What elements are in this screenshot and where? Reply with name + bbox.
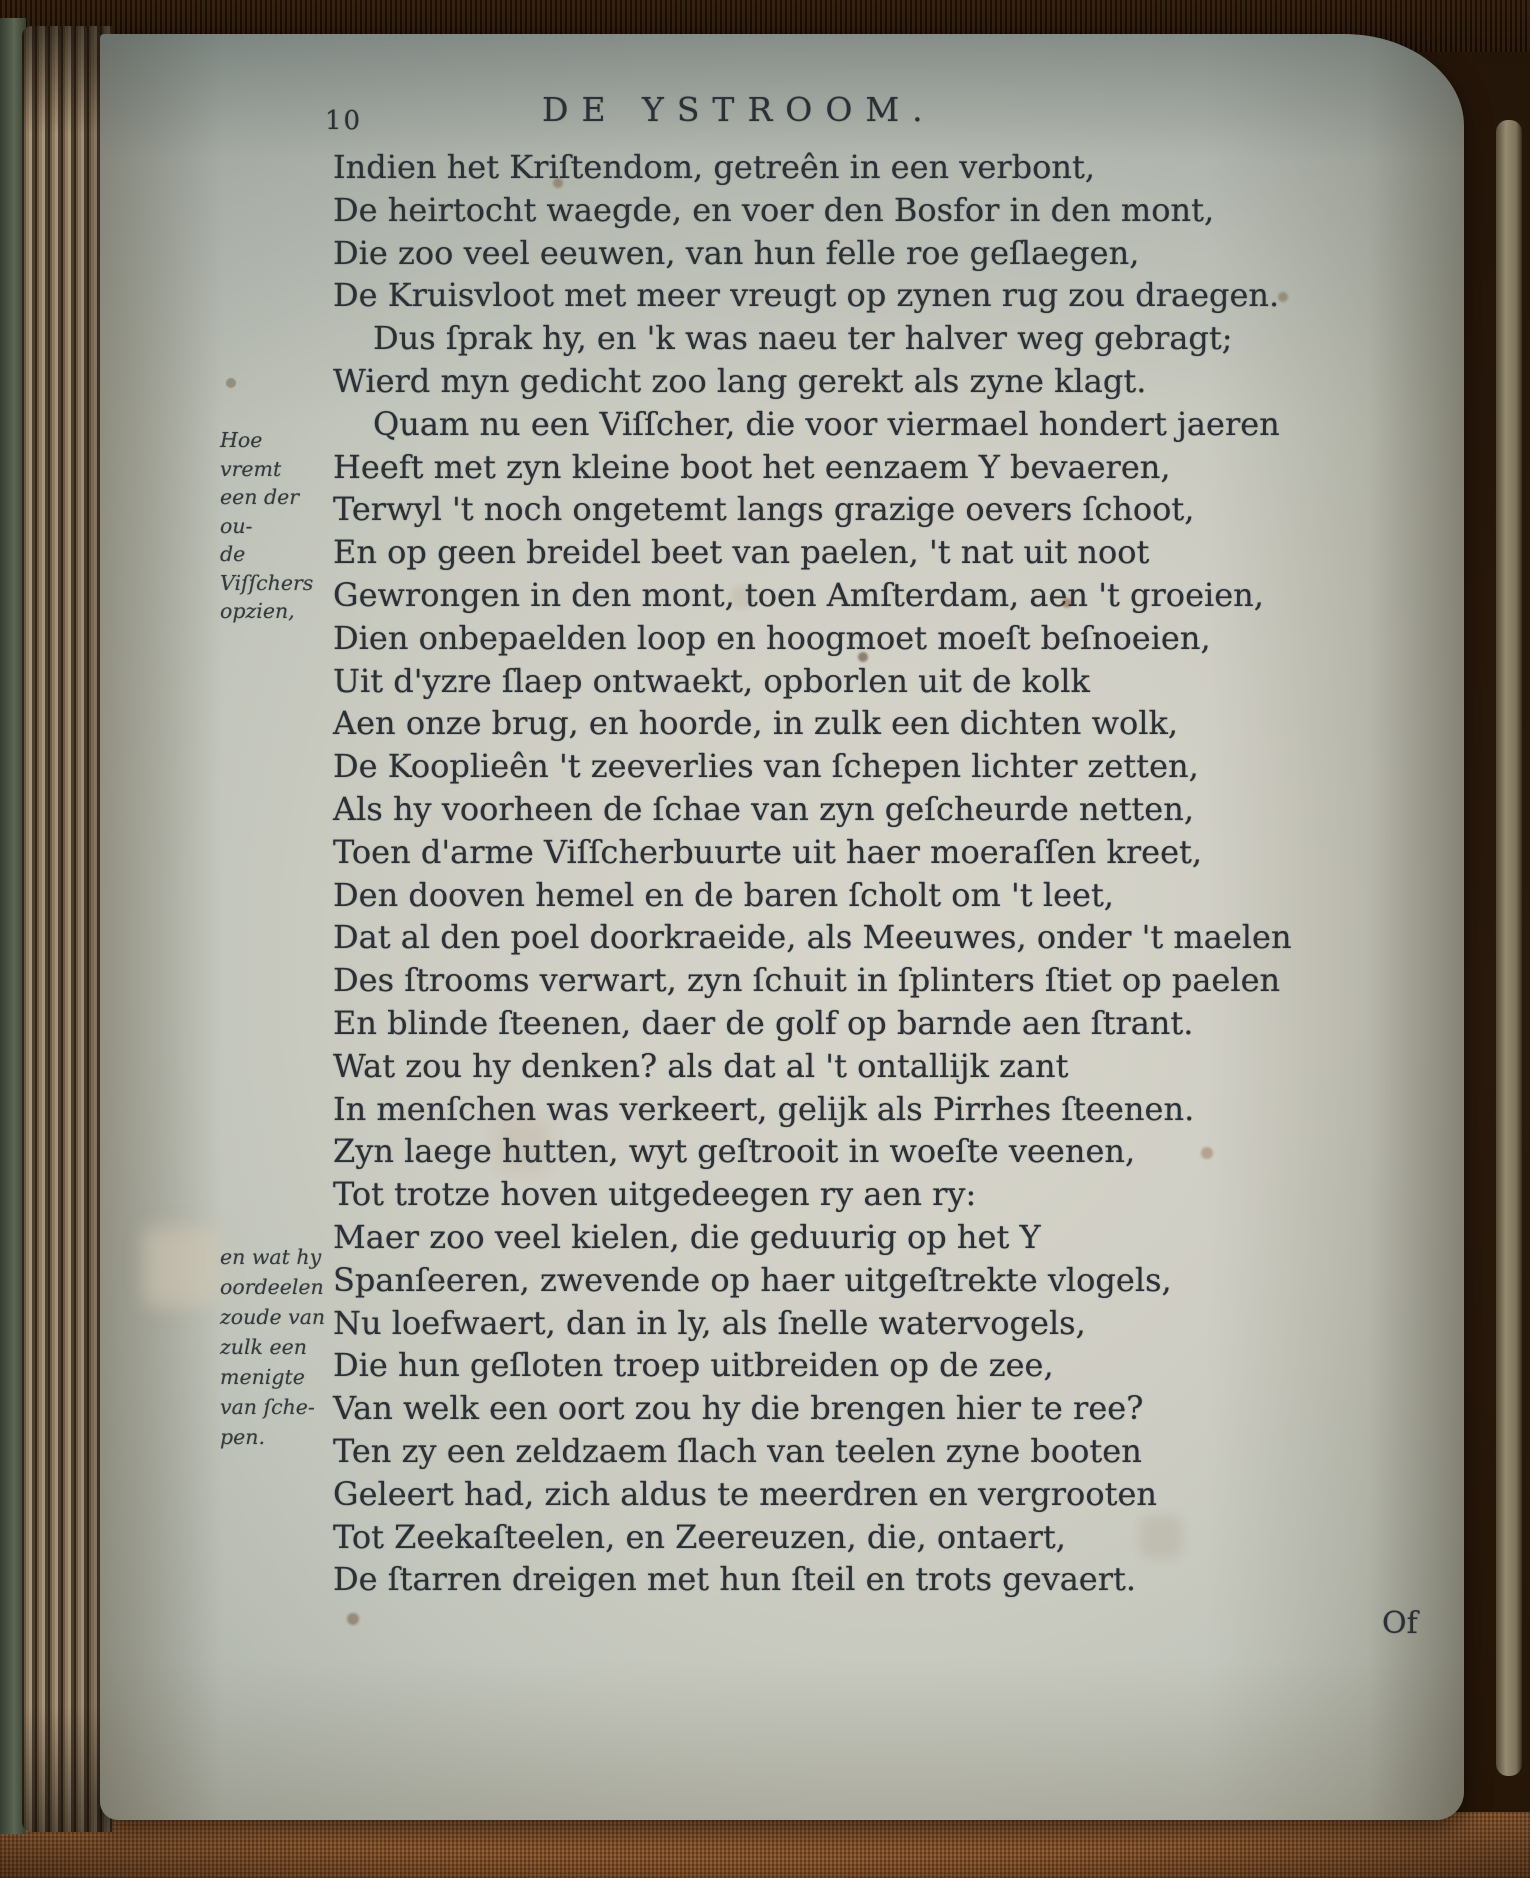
poem-line: En blinde ſteenen, daer de golf op barnd…: [333, 1002, 1273, 1045]
poem-line: Zyn laege hutten, wyt geſtrooit in woeſt…: [333, 1130, 1273, 1173]
catchword: Of: [1382, 1606, 1418, 1641]
poem-line: Gewrongen in den mont, toen Amſterdam, a…: [333, 574, 1273, 617]
poem-line: En op geen breidel beet van paelen, 't n…: [333, 531, 1273, 574]
poem-line: Dat al den poel doorkraeide, als Meeuwes…: [333, 916, 1273, 959]
margin-note-1: Hoe vremt een der ou- de Viſſchers opzie…: [220, 426, 330, 626]
poem-line: Quam nu een Viſſcher, die voor viermael …: [333, 403, 1273, 446]
page-number: 10: [325, 106, 362, 136]
book-photo-scene: 10 DE YSTROOM. Hoe vremt een der ou- de …: [0, 0, 1530, 1878]
poem-line: Uit d'yzre ſlaep ontwaekt, opborlen uit …: [333, 660, 1273, 703]
poem-line: Tot trotze hoven uitgedeegen ry aen ry:: [333, 1173, 1273, 1216]
margin-note-line: oordeelen: [220, 1272, 330, 1302]
poem-line: Van welk een oort zou hy die brengen hie…: [333, 1387, 1273, 1430]
poem-line: Indien het Kriſtendom, getreên in een ve…: [333, 146, 1273, 189]
table-cloth-bottom: [0, 1812, 1530, 1878]
poem-line: De Kooplieên 't zeeverlies van ſchepen l…: [333, 745, 1273, 788]
margin-note-line: de Viſſchers: [220, 540, 330, 597]
margin-note-line: en wat hy: [220, 1242, 330, 1272]
margin-note-2: en wat hy oordeelen zoude van zulk een m…: [220, 1242, 330, 1452]
poem-line: Aen onze brug, en hoorde, in zulk een di…: [333, 702, 1273, 745]
poem-line: Als hy voorheen de ſchae van zyn geſcheu…: [333, 788, 1273, 831]
poem-line: Die zoo veel eeuwen, van hun felle roe g…: [333, 232, 1273, 275]
poem-line: Terwyl 't noch ongetemt langs grazige oe…: [333, 488, 1273, 531]
poem-line: Ten zy een zeldzaem ſlach van teelen zyn…: [333, 1430, 1273, 1473]
margin-note-line: pen.: [220, 1422, 330, 1452]
poem-line: Wat zou hy denken? als dat al 't ontalli…: [333, 1045, 1273, 1088]
margin-note-line: zoude van: [220, 1302, 330, 1332]
poem-line: Tot Zeekaſteelen, en Zeereuzen, die, ont…: [333, 1516, 1273, 1559]
margin-note-line: Hoe vremt: [220, 426, 330, 483]
paper-stains: [100, 34, 106, 40]
margin-note-line: van ſche-: [220, 1392, 330, 1422]
poem-line: Die hun geſloten troep uitbreiden op de …: [333, 1344, 1273, 1387]
poem-line: De ſtarren dreigen met hun ſteil en trot…: [333, 1558, 1273, 1601]
poem-line: De heirtocht waegde, en voer den Bosfor …: [333, 189, 1273, 232]
margin-note-line: menigte: [220, 1362, 330, 1392]
book-page: 10 DE YSTROOM. Hoe vremt een der ou- de …: [100, 34, 1464, 1820]
poem-line: Toen d'arme Viſſcherbuurte uit haer moer…: [333, 831, 1273, 874]
stacked-page-edges: [22, 26, 112, 1832]
poem-line: In menſchen was verkeert, gelijk als Pir…: [333, 1088, 1273, 1131]
poem-line: Nu loefwaert, dan in ly, als ſnelle wate…: [333, 1302, 1273, 1345]
margin-note-line: zulk een: [220, 1332, 330, 1362]
poem-line: Wierd myn gedicht zoo lang gerekt als zy…: [333, 360, 1273, 403]
poem-line: Geleert had, zich aldus te meerdren en v…: [333, 1473, 1273, 1516]
margin-note-line: een der ou-: [220, 483, 330, 540]
poem-line: Dien onbepaelden loop en hoogmoet moeſt …: [333, 617, 1273, 660]
margin-note-line: opzien,: [220, 597, 330, 626]
poem-line: Heeft met zyn kleine boot het eenzaem Y …: [333, 446, 1273, 489]
poem-line: De Kruisvloot met meer vreugt op zynen r…: [333, 274, 1273, 317]
poem-line: Maer zoo veel kielen, die geduurig op he…: [333, 1216, 1273, 1259]
poem-line: Spanſeeren, zwevende op haer uitgeſtrekt…: [333, 1259, 1273, 1302]
page-title: DE YSTROOM.: [542, 90, 936, 129]
poem-line: Den dooven hemel en de baren ſcholt om '…: [333, 874, 1273, 917]
poem-text-block: Indien het Kriſtendom, getreên in een ve…: [333, 146, 1273, 1601]
poem-line: Des ſtrooms verwart, zyn ſchuit in ſplin…: [333, 959, 1273, 1002]
poem-line: Dus ſprak hy, en 'k was naeu ter halver …: [333, 317, 1273, 360]
facing-page-edge: [1496, 120, 1522, 1776]
